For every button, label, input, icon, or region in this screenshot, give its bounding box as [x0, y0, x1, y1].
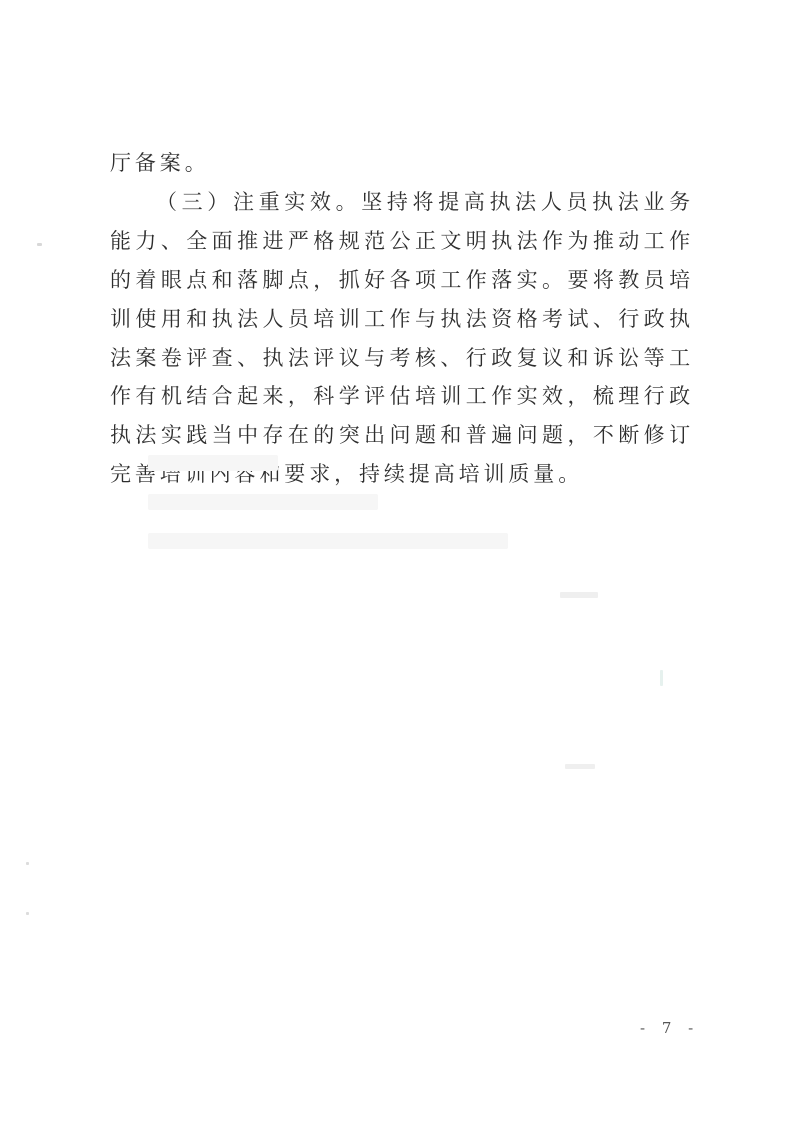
page-number: - 7 -	[640, 1019, 699, 1037]
redacted-contact-block	[148, 455, 508, 572]
paragraph-section-3: （三）注重实效。坚持将提高执法人员执法业务能力、全面推进严格规范公正文明执法作为…	[110, 183, 694, 494]
scan-artifact	[26, 862, 29, 865]
scan-artifact	[660, 670, 663, 686]
scan-artifact	[26, 912, 29, 915]
scan-artifact	[560, 592, 598, 598]
paragraph-continuation: 厅备案。	[110, 144, 694, 183]
redacted-line	[148, 455, 278, 471]
redacted-line	[148, 533, 508, 549]
scan-artifact	[565, 764, 595, 769]
scan-artifact	[37, 243, 42, 246]
redacted-line	[148, 494, 378, 510]
document-page: 厅备案。 （三）注重实效。坚持将提高执法人员执法业务能力、全面推进严格规范公正文…	[0, 0, 793, 1121]
body-text: 厅备案。 （三）注重实效。坚持将提高执法人员执法业务能力、全面推进严格规范公正文…	[110, 144, 694, 494]
